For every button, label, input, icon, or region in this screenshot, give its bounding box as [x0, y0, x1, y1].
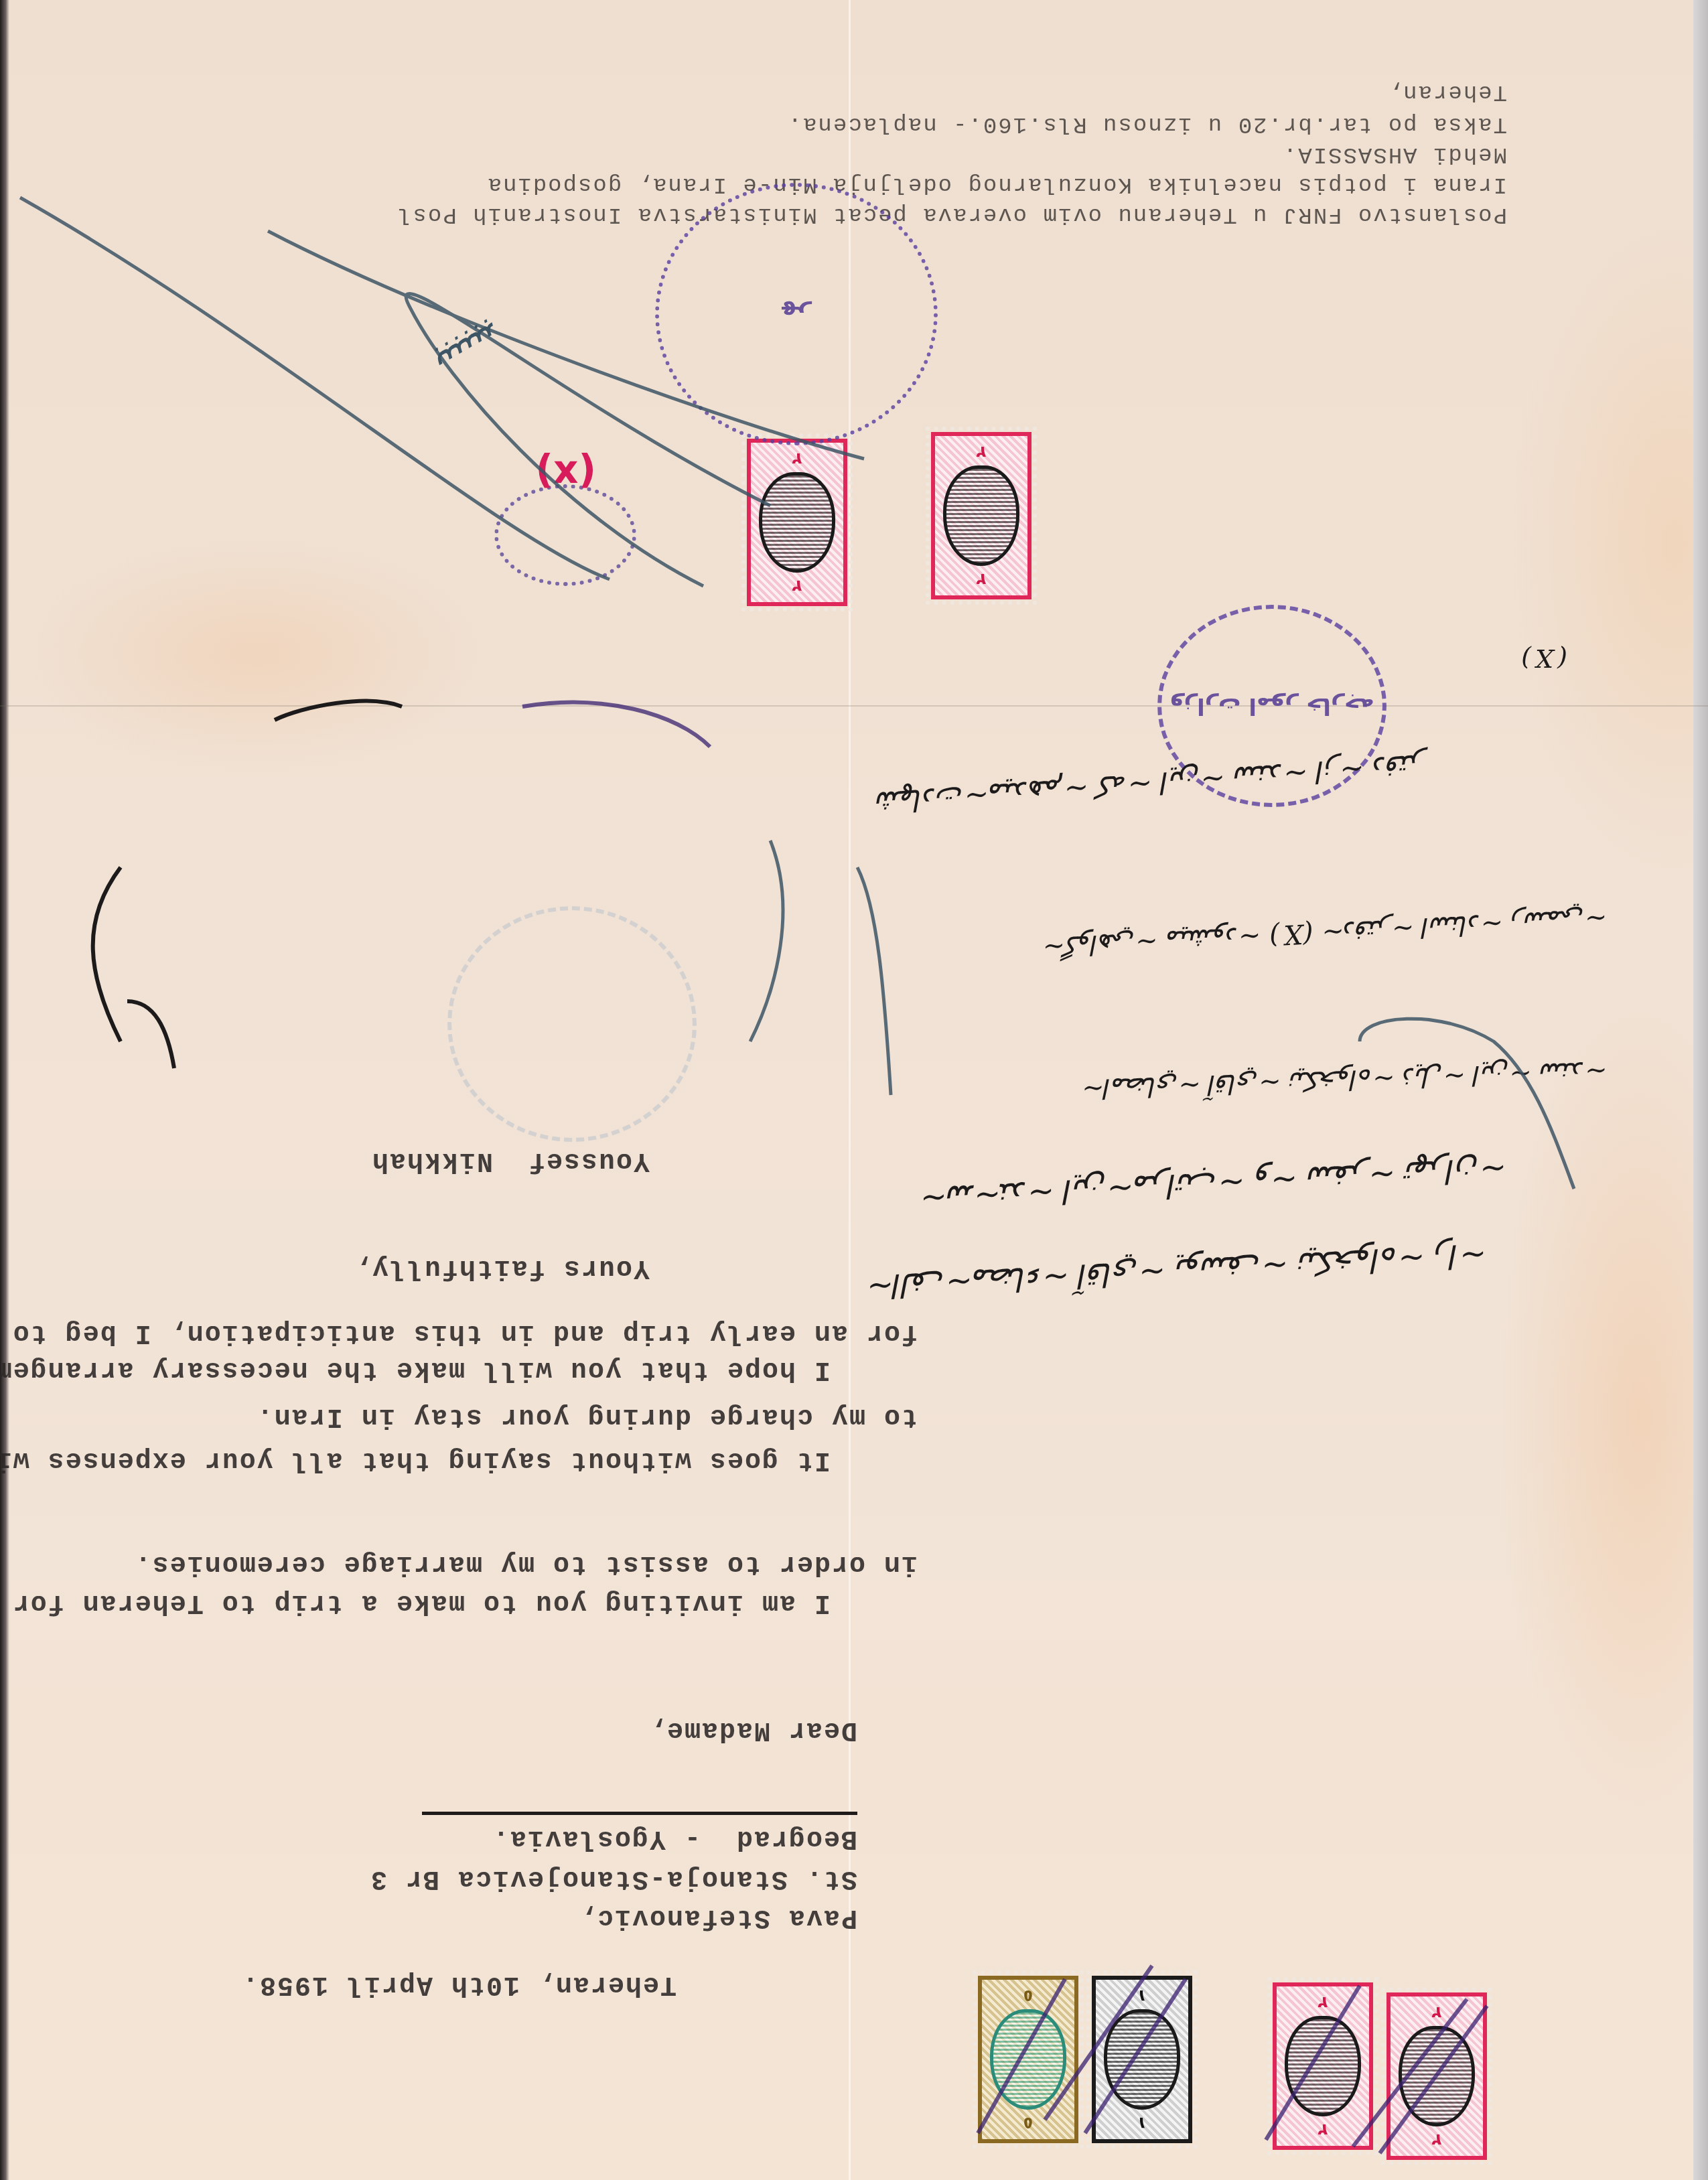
- lion-sun-emblem-icon: [990, 2009, 1066, 2110]
- body-line-2: in order to assist to my marriage ceremo…: [134, 1548, 918, 1579]
- lion-sun-emblem-icon: [759, 472, 835, 573]
- handwritten-signature-blue: ﺑﺒﺒﺒﺒﺒ: [429, 314, 508, 385]
- revenue-stamp-gold: ٥٥: [978, 1976, 1078, 2143]
- scanned-document: Teheran, 10th April 1958. Pava Stefanovi…: [0, 0, 1708, 2180]
- handwriting-line-3: ﺷﻬﺎﺩﺕ~ﻣﻴﺪﻫﻢ~ ﻛﻪ~ ﺍﻳﻦ~ ﺳﻨﺪ~ ﺍﺯ~ ﺩﻓﺘﺮ: [875, 747, 1427, 819]
- recipient-city: Beograd - Ygoslavia.: [492, 1822, 857, 1853]
- legalization-line-2: Irana i potpis nacelnika Konzularnog ode…: [487, 171, 1507, 198]
- signature-name: Youssef Nikkhah: [371, 1145, 650, 1175]
- revenue-stamp-black: ١١: [1092, 1976, 1192, 2143]
- legalization-line-3: Mehdi AHSASSIA.: [1282, 141, 1507, 167]
- revenue-stamp-red-1: ٢٢: [1386, 1992, 1487, 2160]
- legalization-line-4: Taksa po tar.br.20 u iznosu Rls.160.- na…: [787, 111, 1507, 137]
- scanner-shadow: [0, 0, 9, 2180]
- lion-sun-emblem-icon: [1285, 2016, 1361, 2116]
- revenue-stamp-red-4: ٢٢: [747, 439, 847, 606]
- legalization-line-5: Teheran,: [1387, 78, 1507, 105]
- faint-blue-seal: [447, 906, 697, 1142]
- lion-sun-emblem-icon: [943, 465, 1019, 566]
- lion-sun-emblem-icon: [1399, 2026, 1475, 2126]
- recipient-name: Pava Stefanovic,: [579, 1901, 857, 1932]
- letter-page: Teheran, 10th April 1958. Pava Stefanovi…: [0, 0, 1708, 2180]
- body-line-4: to my charge during your stay in Iran.: [256, 1400, 918, 1431]
- handwriting-line-2: ~ﺍﻟﻒ~ﻣﻀﺎﺀ~ ﺁﻗﺎﻱ~ ﻳﻮﺳﻒ~ ﻧﻴﻜﺨﻮﺍﻩ~ ﺭﺍ~: [866, 1236, 1488, 1305]
- salutation: Dear Madame,: [648, 1714, 857, 1745]
- body-line-3: It goes without saying that all your exp…: [0, 1444, 918, 1475]
- revenue-stamp-red-3: ٢٢: [931, 432, 1031, 599]
- consular-seal-large: ﻬﺮ: [655, 183, 938, 445]
- legalization-line-1: Poslanstvo FNRJ u Teheranu ovim overava …: [397, 201, 1507, 228]
- fold-line-horizontal: [0, 705, 1708, 707]
- revenue-stamp-red-2: ٢٢: [1273, 1982, 1373, 2150]
- recipient-street: St. Stanoja-Stanojevica Br 3: [370, 1863, 857, 1893]
- handwriting-line-1: ~ﺳ~ﻨﺪ~ ﺍﻳﻦ~ﻣﺮﺍﺗﺐ~ ﻭ~ ﺳﻔﺮ~ ﺗﻬﺮﺍﻥ~: [919, 1149, 1507, 1218]
- closing: Yours faithfully,: [354, 1252, 650, 1283]
- body-line-1: I am inviting you to make a trip to Tehe…: [0, 1587, 918, 1617]
- handwritten-signature-x: (X): [1517, 644, 1567, 673]
- small-oval-seal: [494, 484, 636, 586]
- handwriting-line-5: ~ﺍﻣﻀﺎﻱ~ ﺁﻗﺎﻱ~ ﻧﻴﻜﺨﻮﺍﻩ~ ﺫﻳﻞ~ ﺍﻳﻦ~ ﺳﻨﺪ~: [1081, 1055, 1608, 1104]
- scanner-edge: [1693, 0, 1708, 2180]
- recipient-underline: [422, 1812, 857, 1815]
- date-line: Teheran, 10th April 1958.: [241, 1968, 677, 1999]
- body-line-5: I hope that you will make the necessary …: [0, 1354, 918, 1384]
- red-x-mark: (x): [536, 447, 596, 492]
- lion-sun-emblem-icon: [1104, 2009, 1180, 2110]
- handwriting-line-4: ~ﺩﻓﺘﺮ~ ﺍﺳﻨﺎﺩ~ ﺭﺳﻤﻲ~ (X) ~ﮔﻮﺍﻫﻲ~ ﻣﻴﺸﻮﺩ~: [1042, 902, 1608, 962]
- body-line-6: for an early trip and in this anticipati…: [0, 1317, 918, 1348]
